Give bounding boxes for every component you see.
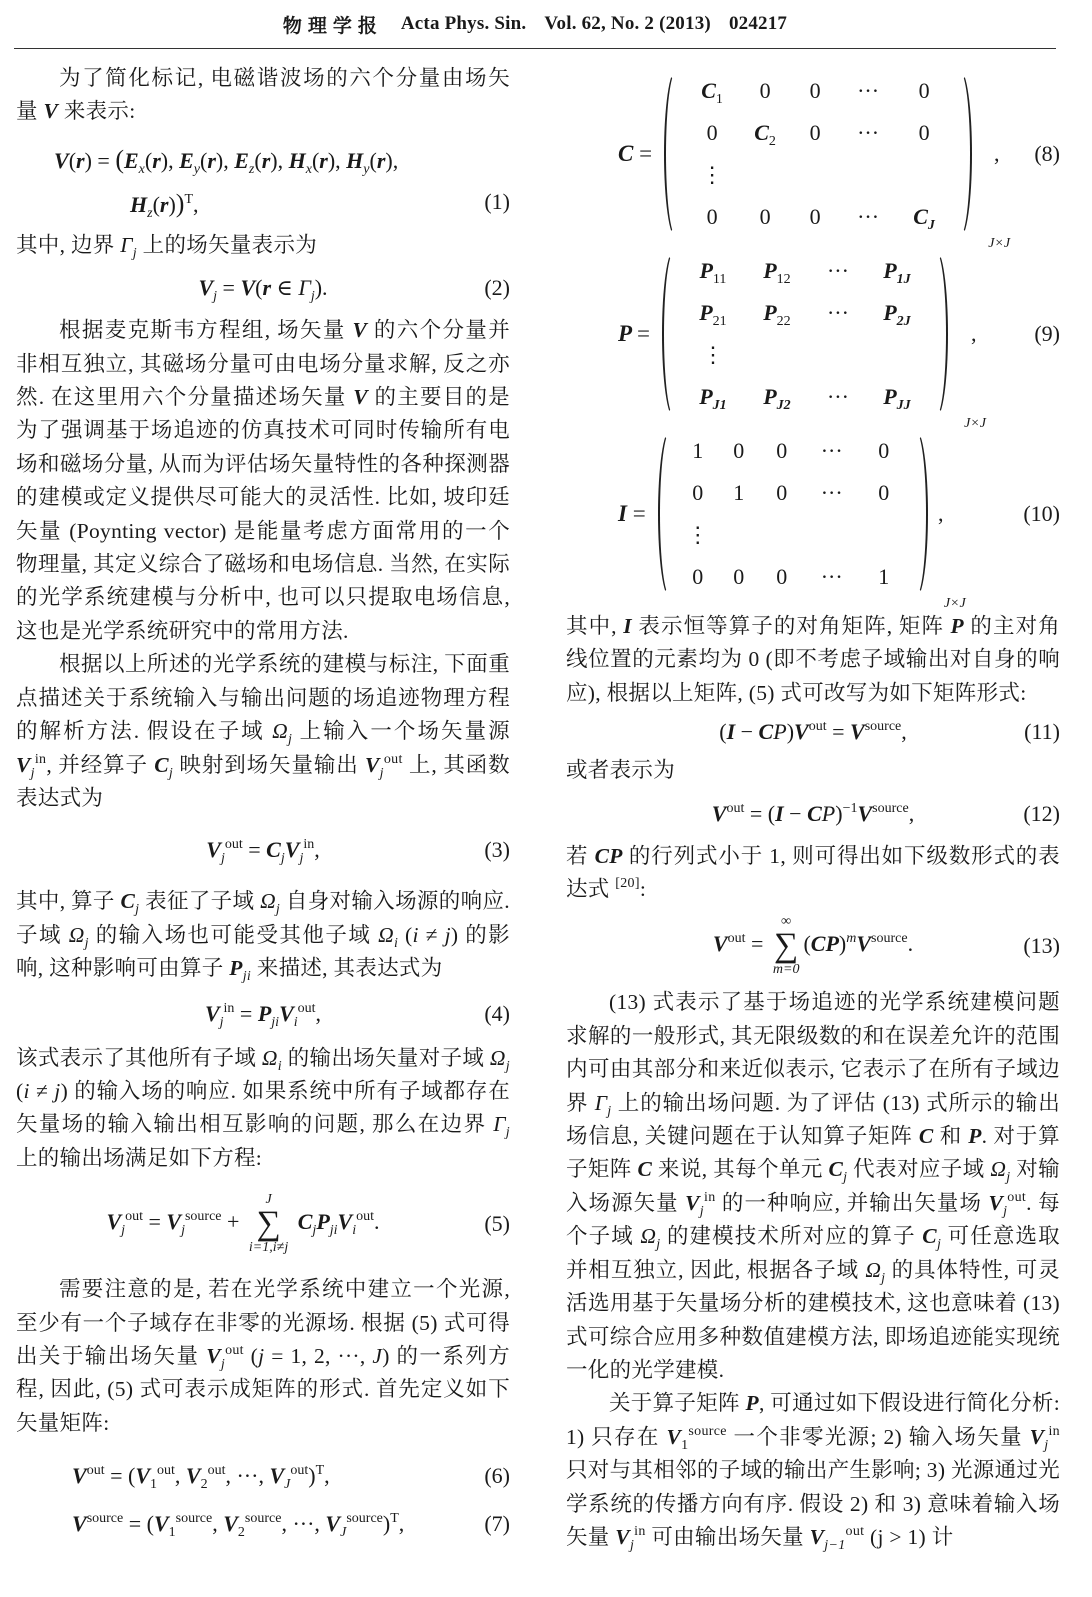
running-header: 物理学报 Acta Phys. Sin. Vol. 62, No. 2 (201… [14,0,1056,49]
equation-7: Vsource = (V1source, V2source, ···, VJso… [16,1502,510,1546]
citation[interactable]: [20] [615,876,640,891]
equation-5: Vjout = Vjsource + J∑i=1,i≠j CjPjiViout.… [16,1175,510,1273]
paragraph: 为了简化标记, 电磁谐波场的六个分量由场矢 量 V 来表示: [16,62,510,129]
left-column: 为了简化标记, 电磁谐波场的六个分量由场矢 量 V 来表示: V(r) = (E… [16,62,510,1546]
paragraph: 该式表示了其他所有子域 Ωi 的输出场矢量对子域 Ωj (i ≠ j) 的输入场… [16,1042,510,1176]
volume-issue: Vol. 62, No. 2 (2013) [544,13,711,35]
equation-13: Vout = ∞∑m=0(CP)mVsource. (13) [566,906,1060,986]
paragraph: 或者表示为 [566,754,1060,787]
equation-2: Vj = V(r ∈ Γj). (2) [16,262,510,314]
journal-name-en: Acta Phys. Sin. [401,13,526,35]
article-id: 024217 [729,13,787,35]
equation-number: (1) [484,189,510,215]
equation-12: Vout = (I − CP)−1Vsource, (12) [566,788,1060,840]
equation-8-matrix-C: C = C100···0 0C20···0 ⋮ 000···CJ J×J , (… [566,66,1060,242]
paragraph: 若 CP 的行列式小于 1, 则可得出如下级数形式的表达式 [20]: [566,840,1060,907]
equation-6: Vout = (V1out, V2out, ···, VJout)T, (6) [16,1450,510,1502]
right-column: C = C100···0 0C20···0 ⋮ 000···CJ J×J , (… [566,66,1060,1554]
equation-9-matrix-P: P = P11P12···P1J P21P22···P2J ⋮ PJ1PJ2··… [566,246,1060,422]
paragraph: 其中, I 表示恒等算子的对角矩阵, 矩阵 P 的主对角线位置的元素均为 0 (… [566,610,1060,710]
matrix: P11P12···P1J P21P22···P2J ⋮ PJ1PJ2···PJJ… [662,250,948,418]
matrix: C100···0 0C20···0 ⋮ 000···CJ J×J [664,70,972,238]
equation-3: Vjout = CjVjin, (3) [16,815,510,885]
paragraph: 关于算子矩阵 P, 可通过如下假设进行简化分析: 1) 只存在 V1source… [566,1387,1060,1554]
matrix: 100···0 010···0 ⋮ 000···1 J×J [658,430,928,598]
paragraph: (13) 式表示了基于场追迹的光学系统建模问题求解的一般形式, 其无限级数的和在… [566,986,1060,1387]
paragraph: 根据以上所述的光学系统的建模与标注, 下面重点描述关于系统输入与输出问题的场追迹… [16,648,510,815]
equation-11: (I − CP)Vout = Vsource, (11) [566,710,1060,754]
paragraph: 需要注意的是, 若在光学系统中建立一个光源, 至少有一个子域存在非零的光源场. … [16,1273,510,1440]
paragraph: 其中, 边界 Γj 上的场矢量表示为 [16,229,510,262]
paragraph: 其中, 算子 Cj 表征了子域 Ωj 自身对输入场源的响应. 子域 Ωj 的输入… [16,885,510,985]
equation-10-matrix-I: I = 100···0 010···0 ⋮ 000···1 J×J , (10) [566,426,1060,602]
equation-1: V(r) = (Ex(r), Ey(r), Ez(r), Hx(r), Hy(r… [16,137,510,229]
equation-4: Vjin = PjiViout, (4) [16,986,510,1042]
paragraph: 根据麦克斯韦方程组, 场矢量 V 的六个分量并非相互独立, 其磁场分量可由电场分… [16,314,510,648]
journal-name-cn: 物理学报 [283,11,383,38]
